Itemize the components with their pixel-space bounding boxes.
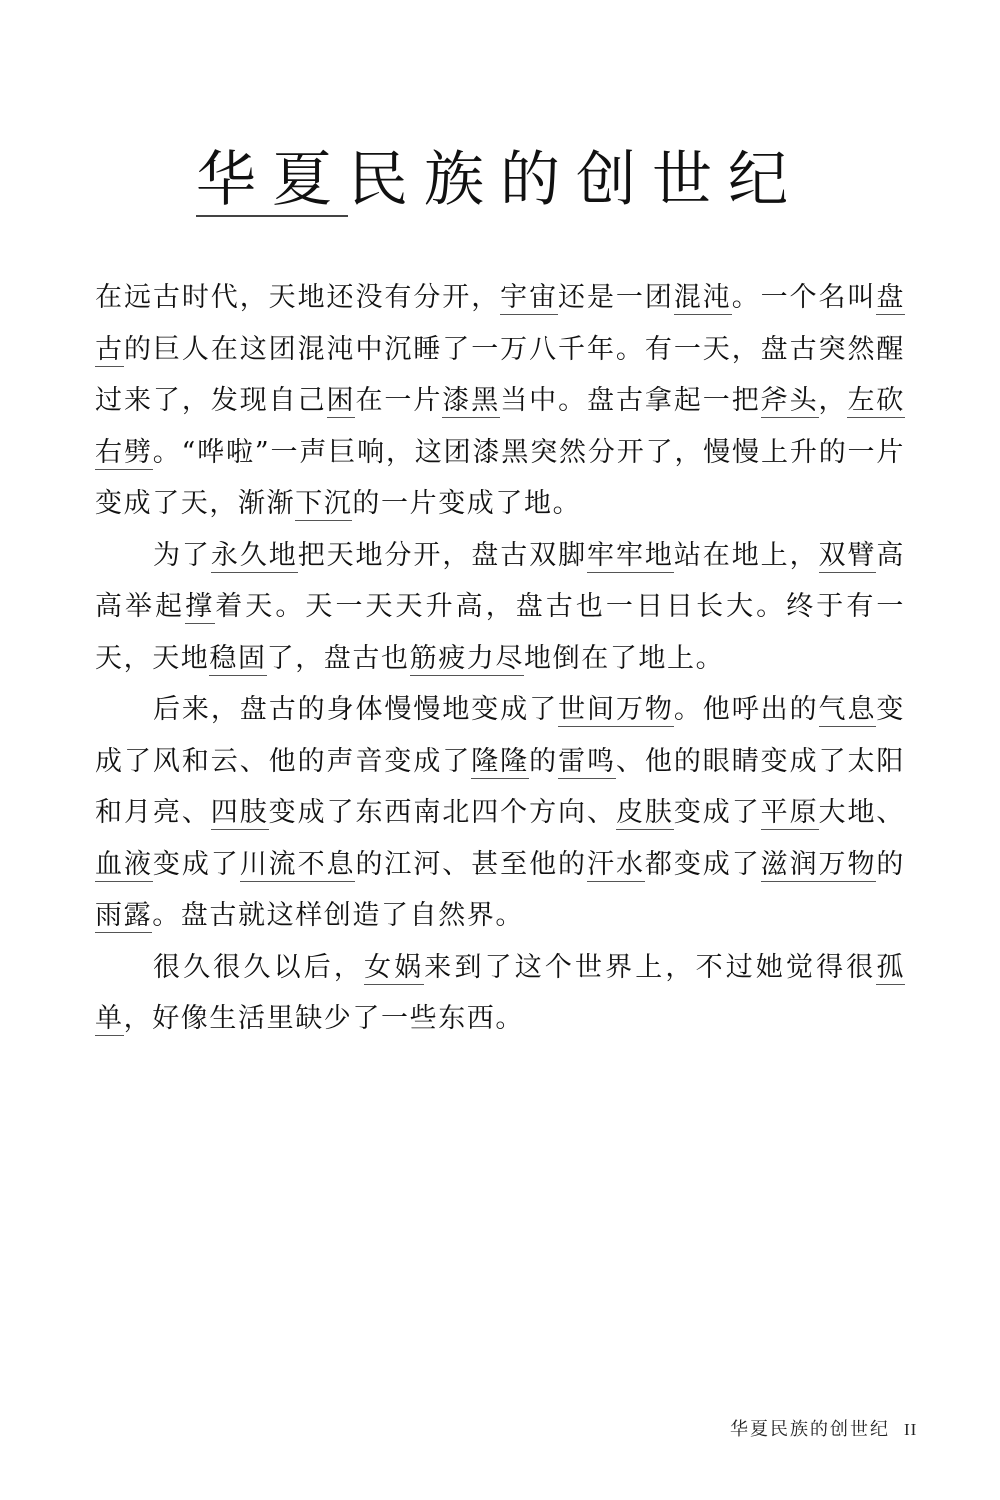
- page-number: II: [904, 1420, 917, 1439]
- text-run: 后来，盘古的身体慢慢地变成了: [153, 694, 558, 725]
- text-run: ，: [819, 385, 848, 416]
- text-run: 还是一团: [558, 282, 674, 313]
- vocabulary-word: 雨露: [95, 900, 152, 933]
- vocabulary-word: 汗水: [587, 849, 645, 882]
- text-run: 变成了东西南北四个方向、: [269, 797, 616, 828]
- vocabulary-word: 混沌: [674, 282, 732, 315]
- text-run: 变成了: [674, 797, 761, 828]
- vocabulary-word: 撑: [185, 591, 215, 624]
- text-run: 。他呼出的: [674, 694, 819, 725]
- story-body: 在远古时代，天地还没有分开，宇宙还是一团混沌。一个名叫盘古的巨人在这团混沌中沉睡…: [95, 272, 905, 1045]
- paragraph: 为了永久地把天地分开，盘古双脚牢牢地站在地上，双臂高高举起撑着天。天一天天升高，…: [95, 530, 905, 685]
- vocabulary-word: 牢牢地: [587, 540, 674, 573]
- text-run: 的一片变成了地。: [352, 488, 581, 519]
- vocabulary-word: 斧头: [761, 385, 819, 418]
- text-run: 当中。盘古拿起一把: [500, 385, 760, 416]
- vocabulary-word: 漆黑: [442, 385, 500, 418]
- vocabulary-word: 筋疲力尽: [410, 643, 524, 676]
- text-run: 地倒在了地上。: [524, 643, 724, 674]
- paragraph: 很久很久以后，女娲来到了这个世界上，不过她觉得很孤单，好像生活里缺少了一些东西。: [95, 942, 905, 1045]
- vocabulary-word: 稳固: [209, 643, 266, 676]
- text-run: 大地、: [819, 797, 905, 828]
- title-rest: 民族的创世纪: [348, 145, 804, 215]
- paragraph: 在远古时代，天地还没有分开，宇宙还是一团混沌。一个名叫盘古的巨人在这团混沌中沉睡…: [95, 272, 905, 530]
- title-underlined-word: 华夏: [196, 145, 348, 217]
- vocabulary-word: 皮肤: [616, 797, 674, 830]
- vocabulary-word: 女娲: [364, 952, 424, 985]
- vocabulary-word: 隆隆: [471, 746, 529, 779]
- text-run: 的: [876, 849, 905, 880]
- text-run: 的江河、甚至他的: [355, 849, 587, 880]
- vocabulary-word: 滋润万物: [761, 849, 877, 882]
- page-title: 华夏民族的创世纪: [0, 140, 1000, 220]
- text-run: 的: [529, 746, 558, 777]
- text-run: 很久很久以后，: [153, 952, 364, 983]
- text-run: 了，盘古也: [267, 643, 410, 674]
- vocabulary-word: 永久地: [211, 540, 298, 573]
- vocabulary-word: 气息: [819, 694, 877, 727]
- vocabulary-word: 雷鸣: [558, 746, 616, 779]
- paragraph: 后来，盘古的身体慢慢地变成了世间万物。他呼出的气息变成了风和云、他的声音变成了隆…: [95, 684, 905, 942]
- running-title: 华夏民族的创世纪: [730, 1419, 890, 1440]
- vocabulary-word: 下沉: [295, 488, 352, 521]
- text-run: ，好像生活里缺少了一些东西。: [124, 1003, 524, 1034]
- running-footer: 华夏民族的创世纪II: [730, 1415, 917, 1441]
- text-run: 。盘古就这样创造了自然界。: [152, 900, 524, 931]
- text-run: 为了: [153, 540, 211, 571]
- vocabulary-word: 双臂: [819, 540, 877, 573]
- vocabulary-word: 川流不息: [240, 849, 356, 882]
- vocabulary-word: 四肢: [211, 797, 269, 830]
- vocabulary-word: 困: [327, 385, 356, 418]
- text-run: 。一个名叫: [732, 282, 877, 313]
- vocabulary-word: 平原: [761, 797, 819, 830]
- text-run: 把天地分开，盘古双脚: [298, 540, 587, 571]
- vocabulary-word: 血液: [95, 849, 153, 882]
- vocabulary-word: 世间万物: [558, 694, 674, 727]
- text-run: 都变成了: [645, 849, 761, 880]
- text-run: 来到了这个世界上，不过她觉得很: [424, 952, 876, 983]
- text-run: 在远古时代，天地还没有分开，: [95, 282, 500, 313]
- text-run: 在一片: [355, 385, 442, 416]
- text-run: 站在地上，: [674, 540, 819, 571]
- vocabulary-word: 宇宙: [500, 282, 558, 315]
- text-run: 变成了: [153, 849, 240, 880]
